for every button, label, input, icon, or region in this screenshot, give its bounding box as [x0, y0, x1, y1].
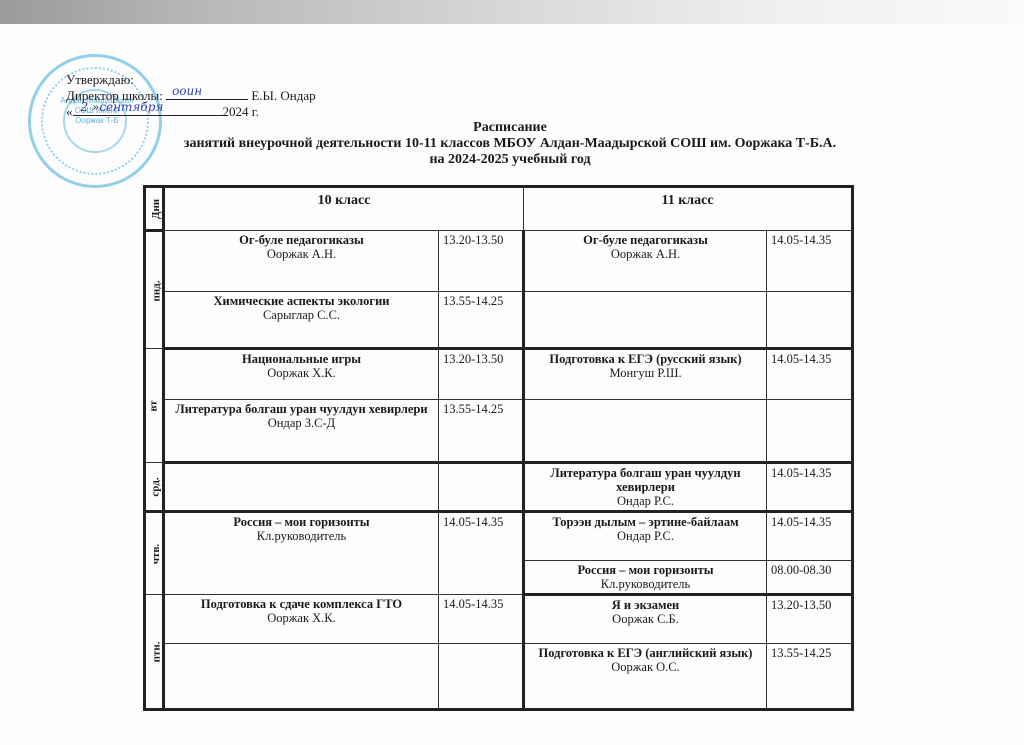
day-label: срд. — [145, 463, 164, 512]
title-line-2: занятий внеурочной деятельности 10-11 кл… — [180, 136, 840, 152]
class10-lesson — [164, 644, 439, 710]
day-header: Дни — [145, 187, 164, 231]
class11-lesson — [524, 400, 767, 463]
teacher: Ооржак А.Н. — [528, 247, 763, 261]
class11-time: 13.55-14.25 — [767, 644, 853, 710]
day-label: вт — [145, 349, 164, 463]
subject: Подготовка к сдаче комплекса ГТО — [168, 597, 435, 611]
class11-lesson: Подготовка к ЕГЭ (русский язык)Монгуш Р.… — [524, 349, 767, 400]
table-row: пнд.Ог-буле педагогиказыОоржак А.Н.13.20… — [145, 231, 853, 292]
director-name: Е.Ы. Ондар — [251, 88, 315, 103]
class11-lesson: Ог-буле педагогиказыОоржак А.Н. — [524, 231, 767, 292]
class10-lesson: Россия – мои горизонтыКл.руководитель — [164, 512, 439, 595]
class10-lesson: Литература болгаш уран чуулдун хевирлери… — [164, 400, 439, 463]
teacher: Кл.руководитель — [528, 577, 763, 591]
class10-header: 10 класс — [164, 187, 524, 231]
class11-time: 14.05-14.35 — [767, 463, 853, 512]
teacher: Ондар Р.С. — [528, 494, 763, 508]
table-row: Химические аспекты экологииСарыглар С.С.… — [145, 292, 853, 349]
class11-lesson: Торээн дылым – эртине-байлаамОндар Р.С. — [524, 512, 767, 561]
teacher: Ондар З.С-Д — [168, 416, 435, 430]
signature-line: ооин — [166, 87, 248, 100]
table-row: птн.Подготовка к сдаче комплекса ГТООорж… — [145, 595, 853, 644]
class11-time: 08.00-08.30 — [767, 561, 853, 595]
teacher: Ондар Р.С. — [528, 529, 763, 543]
date-day: 2 — [81, 100, 89, 114]
class10-lesson: Национальные игрыОоржак Х.К. — [164, 349, 439, 400]
class10-time: 13.55-14.25 — [439, 292, 524, 349]
subject: Ог-буле педагогиказы — [528, 233, 763, 247]
class11-time: 14.05-14.35 — [767, 512, 853, 561]
day-label: чтв. — [145, 512, 164, 595]
title-line-3: на 2024-2025 учебный год — [180, 152, 840, 168]
document-title: Расписание занятий внеурочной деятельнос… — [180, 120, 840, 168]
approval-block: Утверждаю: Директор школы: ооин Е.Ы. Онд… — [66, 72, 316, 119]
class11-time: 14.05-14.35 — [767, 231, 853, 292]
subject: Торээн дылым – эртине-байлаам — [528, 515, 763, 529]
teacher: Кл.руководитель — [168, 529, 435, 543]
class11-time — [767, 400, 853, 463]
class10-time: 14.05-14.35 — [439, 512, 524, 595]
class10-time: 13.55-14.25 — [439, 400, 524, 463]
signature: ооин — [172, 84, 202, 99]
scan-edge-shadow — [0, 0, 1024, 24]
table-row: срд.Литература болгаш уран чуулдун хевир… — [145, 463, 853, 512]
subject: Литература болгаш уран чуулдун хевирлери — [528, 466, 763, 494]
table-row: Литература болгаш уран чуулдун хевирлери… — [145, 400, 853, 463]
class11-time: 13.20-13.50 — [767, 595, 853, 644]
class10-lesson: Ог-буле педагогиказыОоржак А.Н. — [164, 231, 439, 292]
date-handwritten: 2 »сентября — [73, 103, 223, 116]
teacher: Ооржак Х.К. — [168, 366, 435, 380]
subject: Я и экзамен — [528, 598, 763, 612]
class11-time — [767, 292, 853, 349]
class11-lesson: Подготовка к ЕГЭ (английский язык)Ооржак… — [524, 644, 767, 710]
subject: Национальные игры — [168, 352, 435, 366]
header-row: Дни10 класс11 класс — [145, 187, 853, 231]
class10-time: 14.05-14.35 — [439, 595, 524, 644]
subject: Ог-буле педагогиказы — [168, 233, 435, 247]
class11-lesson: Я и экзаменОоржак С.Б. — [524, 595, 767, 644]
teacher: Ооржак О.С. — [528, 660, 763, 674]
class10-lesson — [164, 463, 439, 512]
subject: Россия – мои горизонты — [168, 515, 435, 529]
date-month: сентября — [99, 100, 163, 114]
class10-lesson: Подготовка к сдаче комплекса ГТООоржак Х… — [164, 595, 439, 644]
class11-lesson — [524, 292, 767, 349]
subject: Литература болгаш уран чуулдун хевирлери — [168, 402, 435, 416]
subject: Химические аспекты экологии — [168, 294, 435, 308]
class10-time — [439, 463, 524, 512]
table-row: втНациональные игрыОоржак Х.К.13.20-13.5… — [145, 349, 853, 400]
class10-time — [439, 644, 524, 710]
teacher: Сарыглар С.С. — [168, 308, 435, 322]
class10-lesson: Химические аспекты экологииСарыглар С.С. — [164, 292, 439, 349]
approval-date-line: «2 »сентября2024 г. — [66, 103, 316, 119]
table-row: Подготовка к ЕГЭ (английский язык)Ооржак… — [145, 644, 853, 710]
class11-lesson: Россия – мои горизонтыКл.руководитель — [524, 561, 767, 595]
subject: Россия – мои горизонты — [528, 563, 763, 577]
class10-time: 13.20-13.50 — [439, 349, 524, 400]
date-year: 2024 г. — [223, 104, 259, 119]
teacher: Ооржак Х.К. — [168, 611, 435, 625]
table-row: чтв.Россия – мои горизонтыКл.руководител… — [145, 512, 853, 561]
class11-time: 14.05-14.35 — [767, 349, 853, 400]
day-label: птн. — [145, 595, 164, 710]
subject: Подготовка к ЕГЭ (русский язык) — [528, 352, 763, 366]
subject: Подготовка к ЕГЭ (английский язык) — [528, 646, 763, 660]
class11-header: 11 класс — [524, 187, 853, 231]
title-line-1: Расписание — [180, 120, 840, 136]
schedule-table: Дни10 класс11 класспнд.Ог-буле педагогик… — [143, 185, 854, 711]
teacher: Монгуш Р.Ш. — [528, 366, 763, 380]
class10-time: 13.20-13.50 — [439, 231, 524, 292]
day-label: пнд. — [145, 231, 164, 349]
teacher: Ооржак А.Н. — [168, 247, 435, 261]
class11-lesson: Литература болгаш уран чуулдун хевирлери… — [524, 463, 767, 512]
teacher: Ооржак С.Б. — [528, 612, 763, 626]
